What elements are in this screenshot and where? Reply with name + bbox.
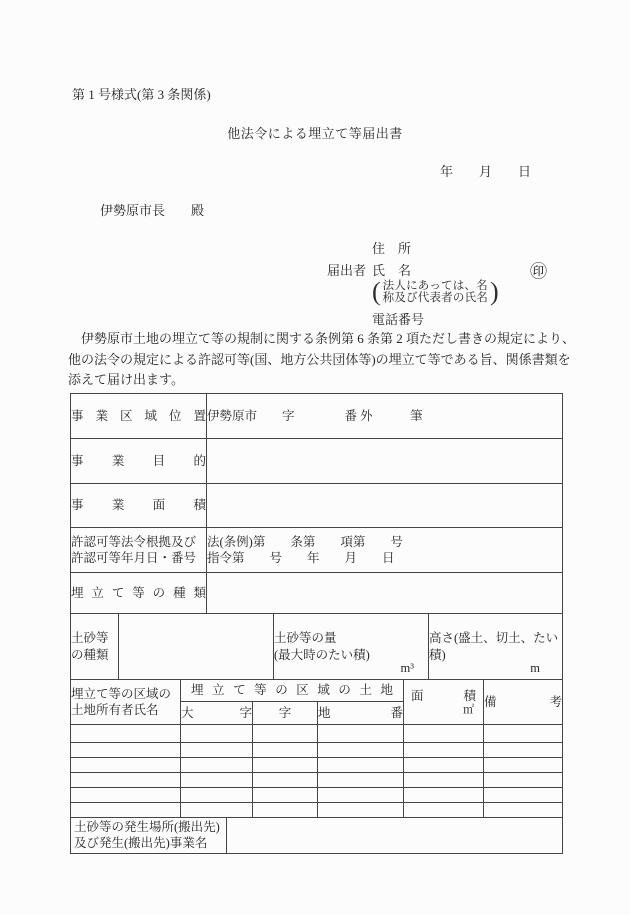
land-row xyxy=(71,788,563,803)
land-cell-note xyxy=(484,725,563,743)
row-project-purpose: 事 業 目 的 xyxy=(71,439,563,484)
land-cell-oaza xyxy=(181,803,253,818)
land-cell-aza xyxy=(253,725,318,743)
land-cell-oaza xyxy=(181,773,253,788)
land-cell-lot xyxy=(318,773,404,788)
page-title: 他法令による埋立て等届出書 xyxy=(0,123,630,142)
row-permit: 許認可等法令根拠及び 許認可等年月日・番号 法(条例)第 条第 項第 号 指令第… xyxy=(71,528,563,573)
land-row xyxy=(71,758,563,773)
origin-value xyxy=(227,818,563,854)
notifier-label: 届出者 xyxy=(327,263,366,278)
soil-height-unit: m xyxy=(530,660,540,676)
corporation-note: ( 法人にあっては、名 称及び代表者の氏名 ) xyxy=(372,278,567,306)
land-cell-lot xyxy=(318,788,404,803)
document-page: 第 1 号様式(第 3 条関係) 他法令による埋立て等届出書 年 月 日 伊勢原… xyxy=(0,0,630,915)
phone-label: 電話番号 xyxy=(372,309,567,328)
land-cell-owner xyxy=(71,773,181,788)
land-col-lot-header: 地 番 xyxy=(318,702,404,725)
land-cell-lot xyxy=(318,725,404,743)
applicant-block: 住 所 届出者氏 名 ㊞ ( 法人にあっては、名 称及び代表者の氏名 ) 電話番… xyxy=(327,238,567,328)
land-cell-lot xyxy=(318,758,404,773)
form-number: 第 1 号様式(第 3 条関係) xyxy=(72,84,211,103)
land-cell-oaza xyxy=(181,758,253,773)
corporation-note-text: 法人にあっては、名 称及び代表者の氏名 xyxy=(383,280,488,305)
land-cell-note xyxy=(484,788,563,803)
date-line: 年 月 日 xyxy=(440,161,531,180)
land-cell-area xyxy=(404,803,484,818)
land-row xyxy=(71,743,563,758)
land-cell-aza xyxy=(253,758,318,773)
land-cell-owner xyxy=(71,725,181,743)
land-cell-area xyxy=(404,743,484,758)
row-land-header-top: 埋立て等の区域の 土地所有者氏名 埋 立 て 等 の 区 域 の 土 地 面 積… xyxy=(71,680,563,702)
origin-label: 土砂等の発生場所(搬出先) 及び発生(搬出先)事業名 xyxy=(71,818,227,854)
permit-value: 法(条例)第 条第 項第 号 指令第 号 年 月 日 xyxy=(207,528,563,573)
land-cell-oaza xyxy=(181,743,253,758)
soil-quantity-unit: m³ xyxy=(401,660,414,676)
land-cell-lot xyxy=(318,743,404,758)
seal-mark-icon: ㊞ xyxy=(530,257,547,282)
open-paren: ( xyxy=(372,280,381,304)
land-cell-oaza xyxy=(181,788,253,803)
land-cell-note xyxy=(484,803,563,818)
land-cell-note xyxy=(484,743,563,758)
land-col-area-label: 面 積 xyxy=(404,688,483,704)
soil-kind-label: 土砂等 の種類 xyxy=(71,614,119,680)
notification-form-table: 事 業 区 域 位 置 伊勢原市 字 番 外 筆 事 業 目 的 事 業 面 積… xyxy=(70,393,563,854)
land-cell-area xyxy=(404,758,484,773)
land-area-group-label: 埋 立 て 等 の 区 域 の 土 地 xyxy=(181,680,404,702)
project-location-value: 伊勢原市 字 番 外 筆 xyxy=(207,394,563,439)
row-project-area: 事 業 面 積 xyxy=(71,484,563,528)
project-purpose-label: 事 業 目 的 xyxy=(71,439,207,484)
land-col-area-unit: ㎡ xyxy=(404,705,483,716)
project-area-label: 事 業 面 積 xyxy=(71,484,207,528)
land-cell-oaza xyxy=(181,725,253,743)
notifier-name-row: 届出者氏 名 ㊞ xyxy=(327,260,567,278)
addressee-line: 伊勢原市長 殿 xyxy=(100,200,204,219)
land-cell-aza xyxy=(253,803,318,818)
name-label: 氏 名 xyxy=(372,263,411,278)
row-origin: 土砂等の発生場所(搬出先) 及び発生(搬出先)事業名 xyxy=(71,818,563,854)
soil-height-label: 高さ(盛土、切土、たい 積) xyxy=(429,631,558,661)
land-cell-owner xyxy=(71,788,181,803)
land-cell-note xyxy=(484,773,563,788)
land-cell-owner xyxy=(71,758,181,773)
land-col-oaza-header: 大 字 xyxy=(181,702,253,725)
soil-quantity-cell: 土砂等の量 (最大時のたい積) m³ xyxy=(274,614,429,680)
land-cell-aza xyxy=(253,788,318,803)
land-col-aza-header: 字 xyxy=(253,702,318,725)
land-cell-aza xyxy=(253,773,318,788)
project-location-label: 事 業 区 域 位 置 xyxy=(71,394,207,439)
land-col-area-header: 面 積 ㎡ xyxy=(404,680,484,725)
land-cell-aza xyxy=(253,743,318,758)
land-owner-label: 埋立て等の区域の 土地所有者氏名 xyxy=(71,680,181,725)
soil-height-cell: 高さ(盛土、切土、たい 積) m xyxy=(429,614,563,680)
project-area-value xyxy=(207,484,563,528)
project-purpose-value xyxy=(207,439,563,484)
land-col-note-header: 備 考 xyxy=(484,680,563,725)
landfill-type-label: 埋 立 て 等 の 種 類 xyxy=(71,573,207,614)
soil-quantity-label: 土砂等の量 (最大時のたい積) xyxy=(274,631,370,661)
close-paren: ) xyxy=(490,280,499,304)
row-landfill-type: 埋 立 て 等 の 種 類 xyxy=(71,573,563,614)
land-row xyxy=(71,725,563,743)
land-cell-area xyxy=(404,725,484,743)
row-project-location: 事 業 区 域 位 置 伊勢原市 字 番 外 筆 xyxy=(71,394,563,439)
land-cell-lot xyxy=(318,803,404,818)
landfill-type-value xyxy=(207,573,563,614)
land-row xyxy=(71,773,563,788)
land-cell-owner xyxy=(71,743,181,758)
land-cell-note xyxy=(484,758,563,773)
soil-kind-value xyxy=(119,614,274,680)
permit-label: 許認可等法令根拠及び 許認可等年月日・番号 xyxy=(71,528,207,573)
land-cell-area xyxy=(404,788,484,803)
body-paragraph: 伊勢原市土地の埋立て等の規制に関する条例第 6 条第 2 項ただし書きの規定によ… xyxy=(68,329,575,391)
land-row xyxy=(71,803,563,818)
land-cell-area xyxy=(404,773,484,788)
land-cell-owner xyxy=(71,803,181,818)
row-soil: 土砂等 の種類 土砂等の量 (最大時のたい積) m³ 高さ(盛土、切土、たい 積… xyxy=(71,614,563,680)
